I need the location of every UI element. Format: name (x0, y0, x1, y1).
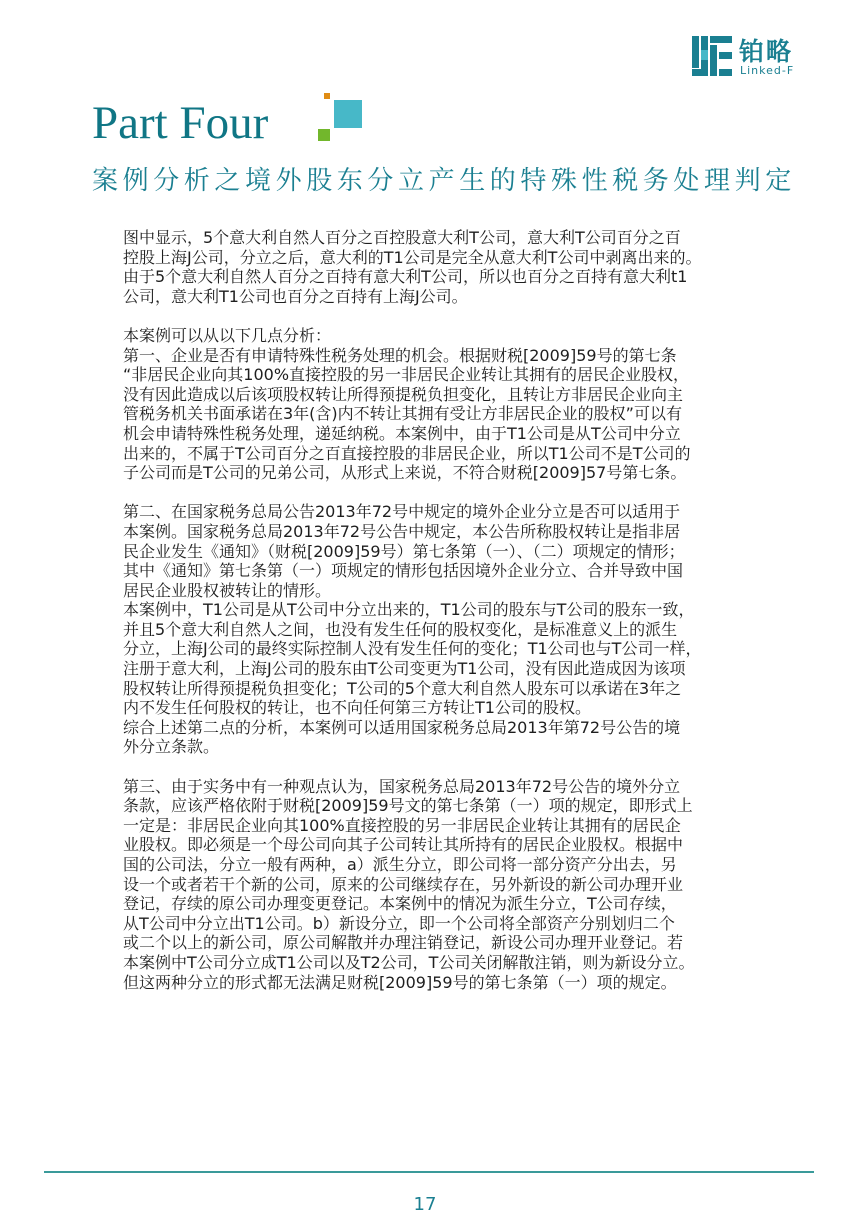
text-line: 子公司而是T公司的兄弟公司，从形式上来说，不符合财税[2009]57号第七条。 (123, 463, 743, 483)
text-line: 或二个以上的新公司，原公司解散并办理注销登记，新设公司办理开业登记。若 (123, 933, 743, 953)
text-line: 条款，应该严格依附于财税[2009]59号文的第七条第（一）项的规定，即形式上 (123, 796, 743, 816)
part-title: Part Four (92, 100, 268, 147)
text-line: “非居民企业向其100%直接控股的另一非居民企业转让其拥有的居民企业股权， (123, 365, 743, 385)
text-line: 从T公司中分立出T1公司。b）新设分立，即一个公司将全部资产分别划归二个 (123, 914, 743, 934)
paragraph-point-one: 本案例可以从以下几点分析： 第一、企业是否有申请特殊性税务处理的机会。根据财税[… (123, 326, 743, 483)
text-line: 登记，存续的原公司办理变更登记。本案例中的情况为派生分立，T公司存续， (123, 894, 743, 914)
text-line: 一定是：非居民企业向其100%直接控股的另一非居民企业转让其拥有的居民企 (123, 816, 743, 836)
text-line: 外分立条款。 (123, 737, 743, 757)
text-line: 第一、企业是否有申请特殊性税务处理的机会。根据财税[2009]59号的第七条 (123, 346, 743, 366)
section-subtitle: 案例分析之境外股东分立产生的特殊性税务处理判定 (92, 160, 796, 197)
text-line: 并且5个意大利自然人之间，也没有发生任何的股权变化，是标准意义上的派生 (123, 620, 743, 640)
linked-f-logo-icon (692, 36, 732, 76)
text-line: 业股权。即必须是一个母公司向其子公司转让其所持有的居民企业股权。根据中 (123, 835, 743, 855)
decorative-square-orange (324, 93, 330, 99)
text-line: 设一个或者若干个新的公司，原来的公司继续存在，另外新设的新公司办理开业 (123, 875, 743, 895)
paragraph-gap (123, 483, 743, 503)
text-line: 综合上述第二点的分析，本案例可以适用国家税务总局2013年第72号公告的境 (123, 718, 743, 738)
text-line: 公司，意大利T1公司也百分之百持有上海J公司。 (123, 287, 743, 307)
text-line: 本案例中T公司分立成T1公司以及T2公司，T公司关闭解散注销，则为新设分立。 (123, 953, 743, 973)
text-line: 第三、由于实务中有一种观点认为，国家税务总局2013年72号公告的境外分立 (123, 777, 743, 797)
decorative-square-teal (334, 100, 362, 128)
text-line: 管税务机关书面承诺在3年(含)内不转让其拥有受让方非居民企业的股权”可以有 (123, 404, 743, 424)
text-line: 民企业发生《通知》（财税[2009]59号）第七条第（一）、（二）项规定的情形； (123, 542, 743, 562)
text-line: 本案例可以从以下几点分析： (123, 326, 743, 346)
text-line: 但这两种分立的形式都无法满足财税[2009]59号的第七条第（一）项的规定。 (123, 973, 743, 993)
paragraph-gap (123, 757, 743, 777)
text-line: 没有因此造成以后该项股权转让所得预提税负担变化，且转让方非居民企业向主 (123, 385, 743, 405)
text-line: 居民企业股权被转让的情形。 (123, 581, 743, 601)
body-text: 图中显示，5个意大利自然人百分之百控股意大利T公司，意大利T公司百分之百 控股上… (123, 228, 743, 992)
page-number: 17 (0, 1194, 850, 1215)
logo-name-cn: 铂略 (739, 32, 793, 68)
paragraph-intro: 图中显示，5个意大利自然人百分之百控股意大利T公司，意大利T公司百分之百 控股上… (123, 228, 743, 306)
text-line: 国的公司法，分立一般有两种，a）派生分立，即公司将一部分资产分出去，另 (123, 855, 743, 875)
paragraph-point-two: 第二、在国家税务总局公告2013年72号中规定的境外企业分立是否可以适用于 本案… (123, 502, 743, 757)
text-line: 本案例。国家税务总局2013年72号公告中规定，本公告所称股权转让是指非居 (123, 522, 743, 542)
text-line: 注册于意大利，上海J公司的股东由T公司变更为T1公司，没有因此造成因为该项 (123, 659, 743, 679)
text-line: 分立，上海J公司的最终实际控制人没有发生任何的变化；T1公司也与T公司一样， (123, 639, 743, 659)
text-line: 图中显示，5个意大利自然人百分之百控股意大利T公司，意大利T公司百分之百 (123, 228, 743, 248)
text-line: 内不发生任何股权的转让，也不向任何第三方转让T1公司的股权。 (123, 698, 743, 718)
paragraph-point-three: 第三、由于实务中有一种观点认为，国家税务总局2013年72号公告的境外分立 条款… (123, 777, 743, 993)
text-line: 由于5个意大利自然人百分之百持有意大利T公司，所以也百分之百持有意大利t1 (123, 267, 743, 287)
text-line: 股权转让所得预提税负担变化；T公司的5个意大利自然人股东可以承诺在3年之 (123, 679, 743, 699)
text-line: 其中《通知》第七条第（一）项规定的情形包括因境外企业分立、合并导致中国 (123, 561, 743, 581)
decorative-square-green (318, 129, 330, 141)
footer-divider (44, 1171, 814, 1173)
text-line: 机会申请特殊性税务处理，递延纳税。本案例中，由于T1公司是从T公司中分立 (123, 424, 743, 444)
text-line: 控股上海J公司，分立之后，意大利的T1公司是完全从意大利T公司中剥离出来的。 (123, 248, 743, 268)
text-line: 出来的，不属于T公司百分之百直接控股的非居民企业，所以T1公司不是T公司的 (123, 444, 743, 464)
company-logo: 铂略 Linked-F (692, 34, 822, 78)
paragraph-gap (123, 306, 743, 326)
text-line: 本案例中，T1公司是从T公司中分立出来的，T1公司的股东与T公司的股东一致， (123, 600, 743, 620)
text-line: 第二、在国家税务总局公告2013年72号中规定的境外企业分立是否可以适用于 (123, 502, 743, 522)
logo-name-en: Linked-F (740, 64, 794, 77)
